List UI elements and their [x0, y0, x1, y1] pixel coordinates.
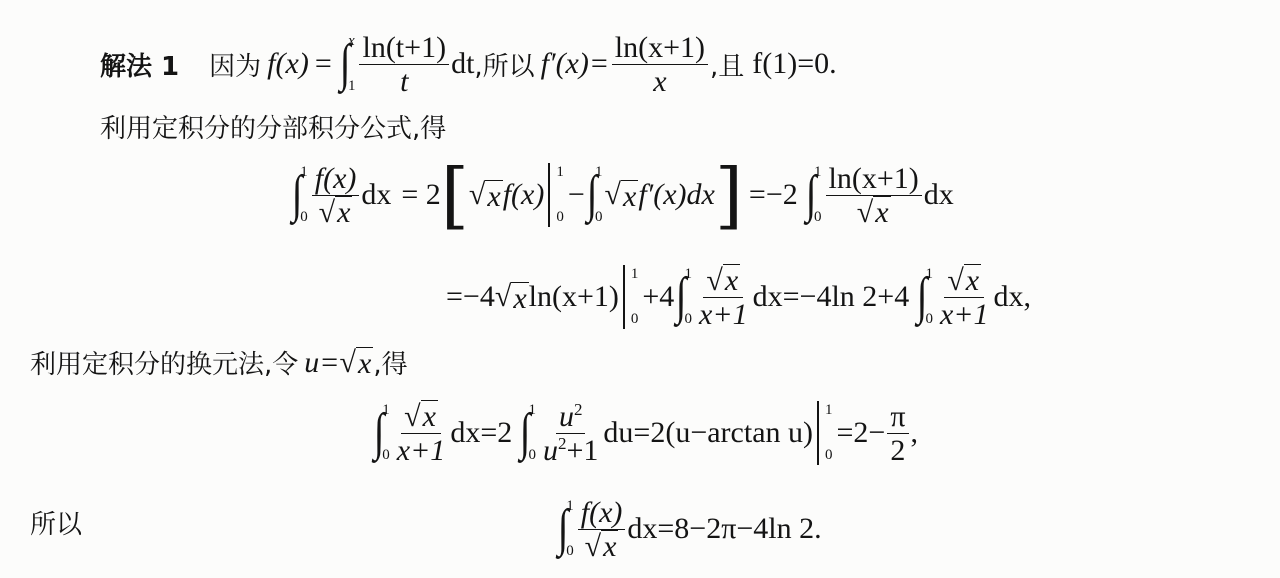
minus-4-ln2-plus-4: =−4ln 2+4	[783, 280, 910, 314]
dx-comma: dx,	[994, 280, 1032, 314]
dx: dx	[627, 512, 657, 546]
equals-2: =	[591, 47, 608, 81]
equals-two-minus: =2−	[837, 416, 886, 450]
solution-line-1: 解法 1 因为 f(x) = ∫ x1 ln(t+1) t dt ,所以 f′(…	[100, 28, 837, 100]
because-text: 因为	[209, 46, 261, 83]
equation-4-result: ∫10 f(x) √x dx =8−2π−4ln 2.	[556, 484, 822, 574]
dx: dx	[450, 416, 480, 450]
integral-sign: ∫10	[915, 266, 933, 328]
equation-2: =−4 √x ln(x+1) 10 +4 ∫10 √x x+1 dx =−4ln…	[446, 252, 1031, 342]
dx: dx	[753, 280, 783, 314]
minus: −	[568, 178, 585, 212]
equals-minus-two: =−2	[749, 178, 798, 212]
sqrt-x: √x	[469, 178, 503, 212]
right-bracket: ]	[715, 159, 743, 231]
fraction-sqrt-over-x-plus-1: √x x+1	[696, 264, 751, 331]
integral-sign: ∫10	[372, 402, 390, 464]
equals-two: = 2	[401, 178, 440, 212]
solution-label: 解法 1	[100, 46, 179, 83]
dx: dx	[361, 178, 391, 212]
equation-1: ∫10 f(x) √x dx = 2 [ √x f(x) 10 − ∫10 √x…	[290, 150, 954, 240]
fraction-ln-over-sqrt: ln(x+1) √x	[826, 162, 922, 229]
fraction-sqrt-over-x-plus-1: √x x+1	[394, 400, 449, 467]
evaluation-bar: 10	[548, 163, 564, 227]
f-prime-dx: f′(x)dx	[638, 178, 715, 212]
fraction-ln-x: ln(x+1) x	[612, 31, 708, 98]
final-result: =8−2π−4ln 2.	[657, 512, 821, 546]
and-text: ,且	[710, 46, 744, 83]
fraction-pi-over-2: π 2	[887, 400, 908, 467]
integral-sign: ∫10	[290, 164, 308, 226]
fraction-f-over-sqrt: f(x) √x	[312, 162, 360, 229]
equals-minus-four: =−4	[446, 280, 495, 314]
f-of-x: f(x)	[267, 47, 309, 81]
so-text: ,所以	[474, 46, 534, 83]
du: du	[603, 416, 633, 450]
f-of-x: f(x)	[503, 178, 545, 212]
equation-3: ∫10 √x x+1 dx =2 ∫10 u2 u2+1 du =2(u−arc…	[372, 388, 918, 478]
substitution-text: 利用定积分的换元法,令	[30, 344, 298, 381]
antiderivative: =2(u−arctan u)	[633, 416, 813, 450]
dx: dx	[924, 178, 954, 212]
solution-line-3: 利用定积分的换元法,令 u= √x ,得	[30, 344, 408, 381]
sqrt-x: √x	[605, 178, 639, 212]
solution-line-2: 利用定积分的分部积分公式,得	[100, 108, 446, 145]
equals-two: =2	[480, 416, 512, 450]
fraction-sqrt-over-x-plus-1: √x x+1	[937, 264, 992, 331]
f-prime: f′(x)	[541, 47, 589, 81]
fraction-f-over-sqrt: f(x) √x	[578, 496, 626, 563]
integral-sign: ∫ x1	[338, 33, 356, 95]
dt: dt	[451, 47, 474, 81]
left-bracket: [	[441, 159, 469, 231]
sqrt-x: √x	[340, 346, 374, 380]
integral-sign: ∫10	[804, 164, 822, 226]
fraction-ln-t: ln(t+1) t	[359, 31, 449, 98]
f-one-equals-zero: f(1)=0.	[752, 47, 836, 81]
integral-sign: ∫10	[556, 498, 574, 560]
integral-sign: ∫10	[518, 402, 536, 464]
integral-sign: ∫10	[585, 164, 603, 226]
integral-sign: ∫10	[674, 266, 692, 328]
ln-x-plus-1: ln(x+1)	[529, 280, 619, 314]
equals: =	[315, 47, 332, 81]
plus-four: +4	[642, 280, 674, 314]
evaluation-bar: 10	[623, 265, 639, 329]
fraction-u-squared: u2 u2+1	[540, 400, 601, 467]
sqrt-x: √x	[495, 280, 529, 314]
comma: ,	[911, 416, 919, 450]
evaluation-bar: 10	[817, 401, 833, 465]
get-text: ,得	[373, 344, 407, 381]
solution-line-4: 所以	[30, 504, 82, 541]
u-equals: u=	[304, 346, 339, 380]
